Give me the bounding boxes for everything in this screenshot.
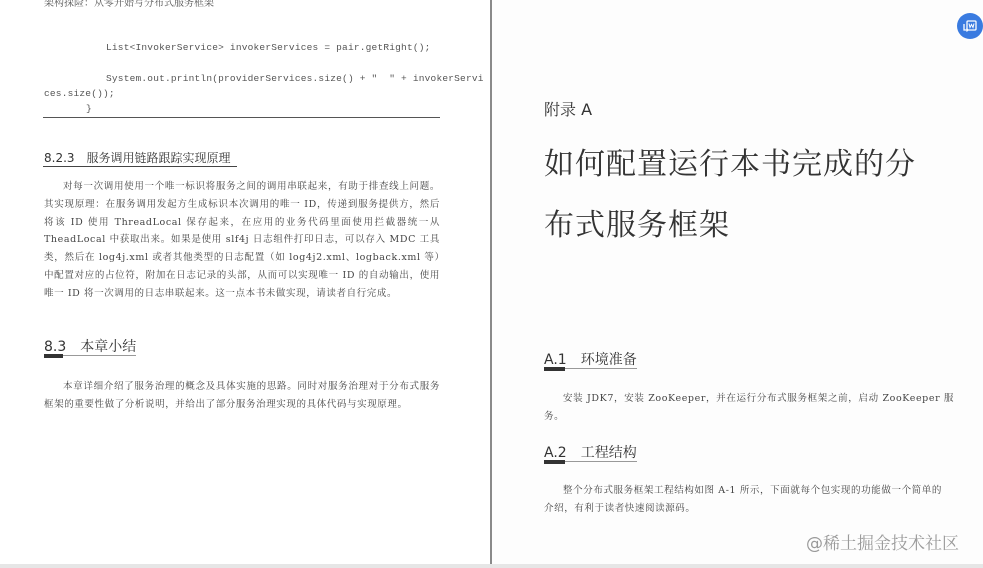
code-line: System.out.println(providerServices.size… <box>106 73 484 84</box>
section-underline-accent <box>544 367 565 371</box>
code-line: ces.size()); <box>44 88 115 99</box>
paragraph: 本章详细介绍了服务治理的概念及具体实施的思路。同时对服务治理对于分布式服务框架的… <box>44 378 440 414</box>
section-heading-a-2: A.2工程结构 <box>544 442 637 462</box>
section-underline <box>43 166 237 167</box>
section-number: A.2 <box>544 445 567 461</box>
bottom-bar <box>0 564 983 568</box>
code-line: } <box>86 103 92 114</box>
section-title: 工程结构 <box>581 445 637 461</box>
section-number: A.1 <box>544 352 567 368</box>
section-8-3-body: 本章详细介绍了服务治理的概念及具体实施的思路。同时对服务治理对于分布式服务框架的… <box>44 378 440 414</box>
section-number: 8.2.3 <box>44 151 75 165</box>
section-title: 环境准备 <box>581 352 637 368</box>
appendix-label: 附录 A <box>544 97 592 120</box>
chapter-title: 如何配置运行本书完成的分布式服务框架 <box>544 134 944 256</box>
translate-page-icon <box>962 18 978 34</box>
left-page: 架构探险：从零开始写分布式服务框架 List<InvokerService> i… <box>0 0 490 568</box>
paragraph: 整个分布式服务框架工程结构如图 A-1 所示，下面就每个包实现的功能做一个简单的… <box>544 482 942 518</box>
section-underline-accent <box>44 354 63 358</box>
section-heading-8-2-3: 8.2.3服务调用链路跟踪实现原理 <box>44 149 231 166</box>
section-underline-accent <box>544 460 565 464</box>
section-title: 本章小结 <box>80 339 136 355</box>
watermark: @稀土掘金技术社区 <box>806 529 959 554</box>
section-a-2-body: 整个分布式服务框架工程结构如图 A-1 所示，下面就每个包实现的功能做一个简单的… <box>544 482 942 518</box>
paragraph: 安装 JDK7，安装 ZooKeeper，并在运行分布式服务框架之前，启动 Zo… <box>544 390 954 426</box>
code-line: List<InvokerService> invokerServices = p… <box>106 42 431 53</box>
paragraph: 对每一次调用使用一个唯一标识将服务之间的调用串联起来，有助于排查线上问题。其实现… <box>44 178 440 303</box>
translate-page-button[interactable] <box>957 13 983 39</box>
section-heading-a-1: A.1环境准备 <box>544 349 637 369</box>
running-header: 架构探险：从零开始写分布式服务框架 <box>44 0 214 9</box>
section-title: 服务调用链路跟踪实现原理 <box>87 151 231 165</box>
section-a-1-body: 安装 JDK7，安装 ZooKeeper，并在运行分布式服务框架之前，启动 Zo… <box>544 390 954 426</box>
section-8-2-3-body: 对每一次调用使用一个唯一标识将服务之间的调用串联起来，有助于排查线上问题。其实现… <box>44 178 440 303</box>
section-heading-8-3: 8.3本章小结 <box>44 336 136 356</box>
section-number: 8.3 <box>44 339 66 355</box>
code-block-rule <box>43 117 440 118</box>
